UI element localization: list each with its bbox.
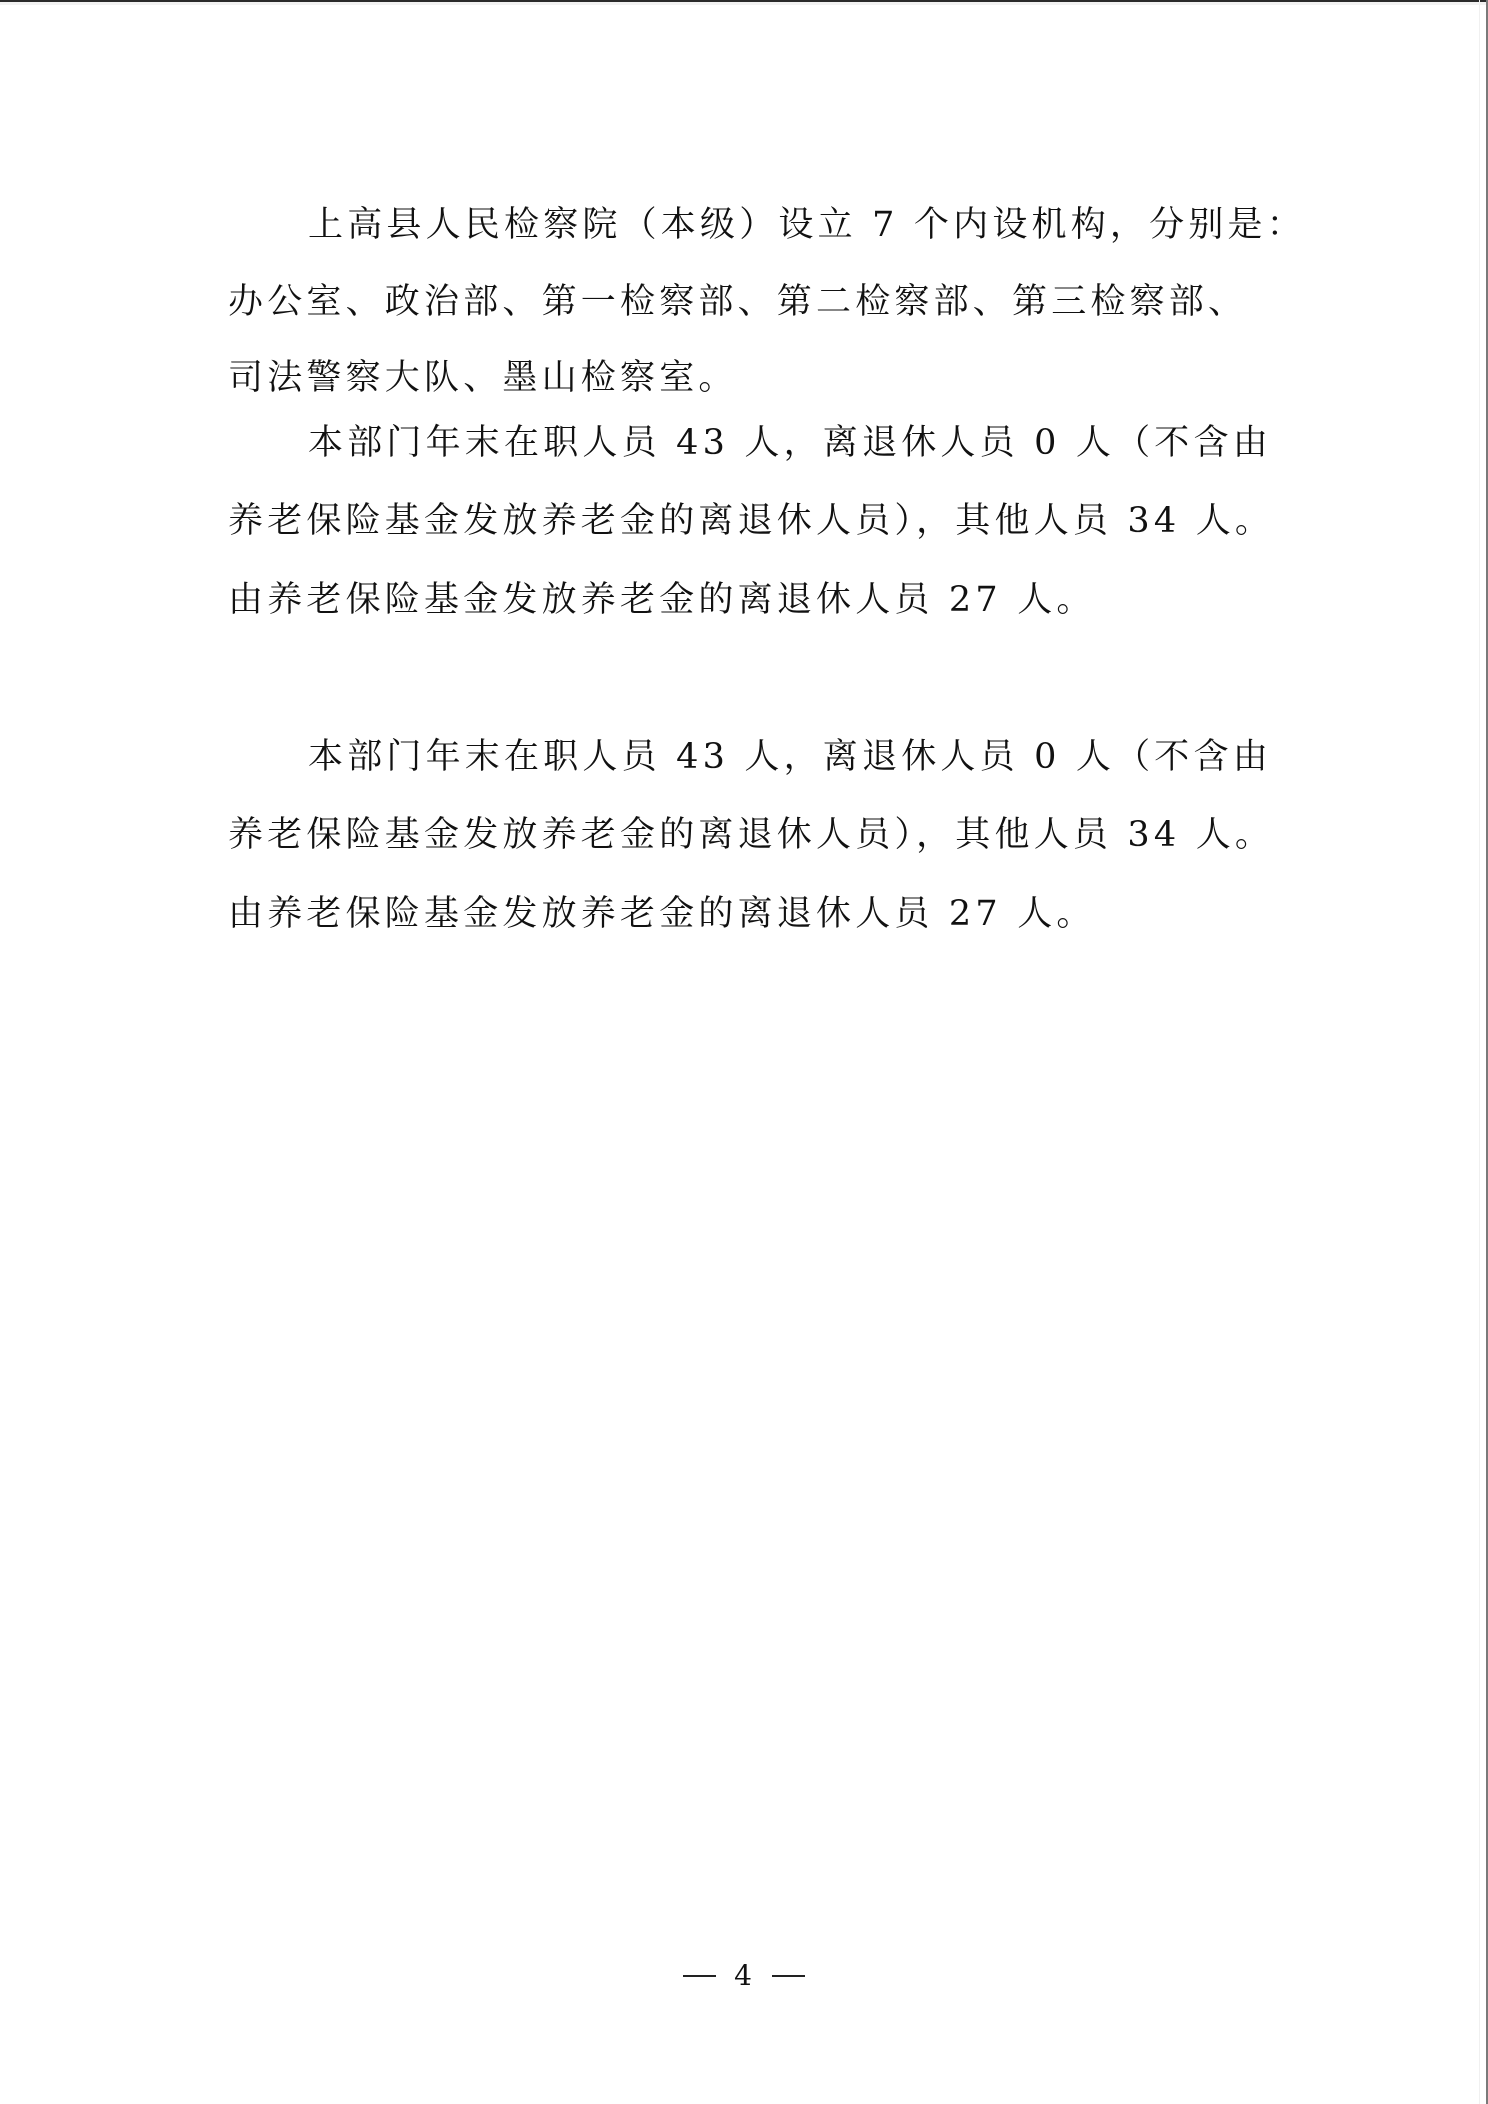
paragraph-line: 养老保险基金发放养老金的离退休人员），其他人员 34 人。 — [228, 815, 1274, 855]
page-top-border-shadow — [0, 2, 1488, 5]
page-number: 4 — [734, 1959, 754, 1992]
paragraph-line: 本部门年末在职人员 43 人，离退休人员 0 人（不含由 — [308, 737, 1272, 777]
paragraph-line: 上高县人民检察院（本级）设立 7 个内设机构，分别是： — [308, 205, 1306, 245]
paragraph-line: 本部门年末在职人员 43 人，离退休人员 0 人（不含由 — [308, 423, 1272, 463]
page-right-border-inner — [1479, 0, 1480, 2104]
footer-dash-right — [772, 1975, 805, 1977]
paragraph-line: 办公室、政治部、第一检察部、第二检察部、第三检察部、 — [228, 282, 1247, 322]
page-footer: 4 — [0, 1960, 1488, 1992]
paragraph-line: 司法警察大队、墨山检察室。 — [228, 358, 738, 398]
paragraph-line: 由养老保险基金发放养老金的离退休人员 27 人。 — [228, 894, 1096, 934]
footer-dash-left — [683, 1975, 716, 1977]
paragraph-line: 由养老保险基金发放养老金的离退休人员 27 人。 — [228, 580, 1096, 620]
paragraph-line: 养老保险基金发放养老金的离退休人员），其他人员 34 人。 — [228, 501, 1274, 541]
